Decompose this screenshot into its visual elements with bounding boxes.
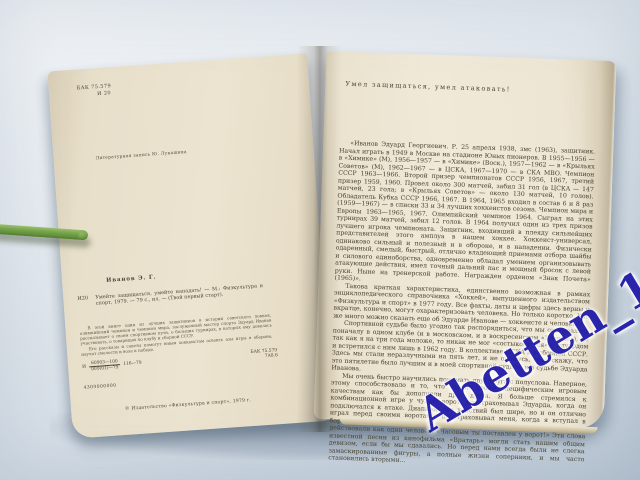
imprint-classification: БАК 75.579 7А8.6 (250, 348, 278, 362)
editor-credit-line: Литературная запись Ю. Лукашина (96, 150, 188, 161)
library-stamp: БАК 75.579 И 20 (77, 83, 112, 98)
author-name: Иванов Э. Г. (106, 274, 157, 283)
print-order-code: 4309000000 (83, 383, 116, 390)
body-paragraph-1: «Иванов Эдуард Георгиевич. Р. 25 апреля … (334, 140, 595, 291)
imprint-suffix: 116—79 (123, 361, 142, 368)
book-photo-scene: БАК 75.579 И 20 Литературная запись Ю. Л… (0, 0, 640, 480)
book-gutter-shadow (297, 46, 341, 432)
copyright-line: © Издательство «Физкультура и спорт», 19… (71, 394, 305, 415)
imprint-index-fraction: И 60903—100 009(01)—79 116—79 (82, 358, 142, 374)
bibliographic-description: Умейте защищаться, умейте нападать! — М.… (95, 283, 263, 307)
imprint-fraction-bottom: 009(01)—79 (89, 366, 121, 374)
chapter-heading: Умел защищаться, умел атаковать! (345, 80, 511, 94)
left-page: БАК 75.579 И 20 Литературная запись Ю. Л… (47, 53, 332, 438)
imprint-fraction: 60903—100 009(01)—79 (89, 359, 121, 373)
imprint-prefix: И (82, 365, 86, 371)
imprint-udc-code: 7А8.6 (265, 354, 278, 360)
stamp-code-line2: И 20 (97, 90, 112, 97)
bibliographic-entry: И20 Умейте защищаться, умейте нападать! … (77, 283, 263, 308)
catalog-index: И20 (77, 295, 96, 309)
